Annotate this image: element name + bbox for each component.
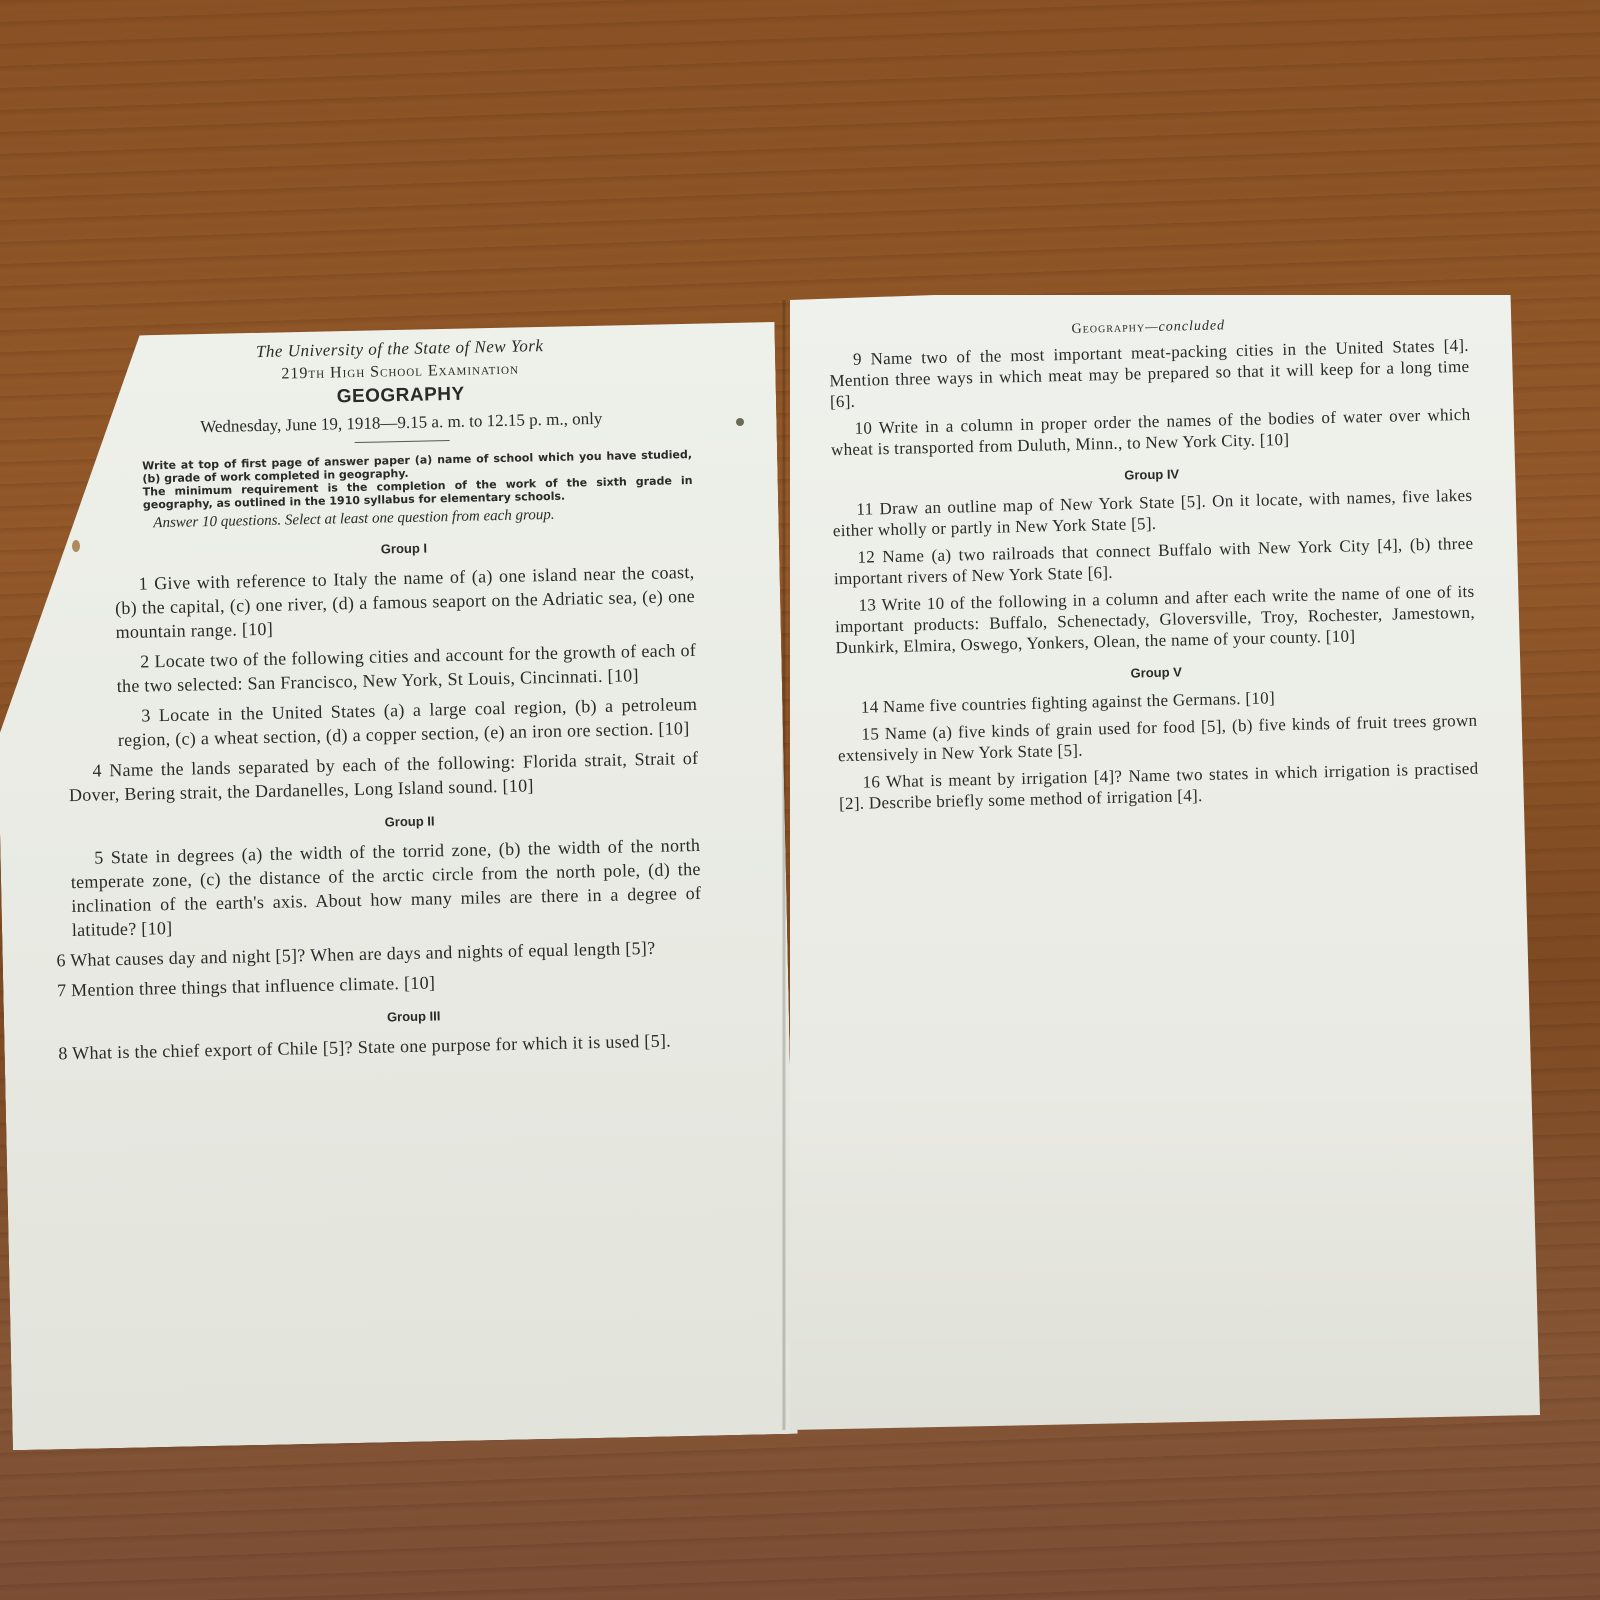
question-16: 16 What is meant by irrigation [4]? Name… (838, 758, 1479, 815)
group-heading: Group III (124, 1003, 704, 1030)
question-10: 10 Write in a column in proper order the… (830, 404, 1471, 461)
group-heading: Group II (120, 808, 700, 835)
question-5: 5 State in degrees (a) the width of the … (70, 833, 702, 942)
group-heading: Group I (114, 535, 694, 562)
question-15: 15 Name (a) five kinds of grain used for… (837, 710, 1478, 767)
question-13: 13 Write 10 of the following in a column… (834, 581, 1475, 659)
question-1: 1 Give with reference to Italy the name … (114, 560, 695, 644)
left-page: The University of the State of New York … (0, 333, 705, 1072)
question-12: 12 Name (a) two railroads that connect B… (833, 533, 1474, 590)
right-page: Geography—concluded 9 Name two of the mo… (828, 313, 1479, 820)
page-fold (782, 300, 786, 1430)
running-head-title: Geography (1071, 320, 1145, 337)
question-11: 11 Draw an outline map of New York State… (832, 485, 1473, 542)
question-4: 4 Name the lands separated by each of th… (68, 746, 699, 807)
question-9: 9 Name two of the most important meat-pa… (829, 335, 1470, 413)
question-3: 3 Locate in the United States (a) a larg… (117, 692, 698, 752)
divider (354, 440, 449, 443)
paper-mark (736, 418, 744, 426)
group-heading: Group IV (832, 460, 1472, 490)
question-2: 2 Locate two of the following cities and… (116, 638, 697, 698)
group-heading: Group V (836, 658, 1476, 688)
running-head-suffix: —concluded (1145, 318, 1225, 335)
exam-date: Wednesday, June 19, 1918—9.15 a. m. to 1… (111, 407, 691, 439)
